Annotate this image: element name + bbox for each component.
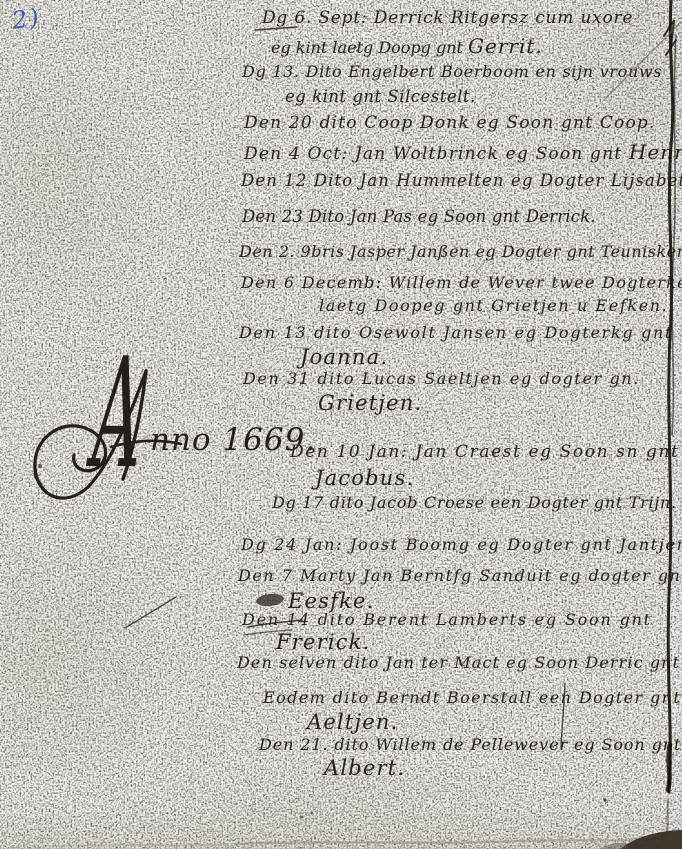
baptism-entry-line: Den 10 Jan: Jan Craest eg Soon sn gnt: [290, 444, 679, 461]
baptism-entry-line: Dg 17 dito Jacob Croese een Dogter gnt T…: [272, 495, 677, 511]
child-name-line: Frerick.: [276, 632, 371, 653]
child-name: Henric: [629, 140, 682, 164]
baptism-entry-line: Den 23 Dito Jan Pas eg Soon gnt Derrick.: [242, 209, 596, 226]
corner-ink-blot: [600, 843, 626, 849]
scanned-register-page: 2) Dg 6. Sept: Derrick Ritgersz cum uxor…: [0, 0, 682, 849]
ink-blot: [255, 593, 284, 608]
page-number-mark: 2): [10, 3, 42, 35]
baptism-entry-line: Den 13 dito Osewolt Jansen eg Dogterkg g…: [239, 325, 673, 341]
baptism-entry-line: laetg Doopeg gnt Grietjen u Eefken.: [319, 298, 668, 314]
corner-ink-blot: [620, 830, 682, 849]
baptism-entry-line: Den 20 dito Coop Donk eg Soon gnt Coop.: [244, 115, 656, 132]
bottom-smudge: [60, 845, 225, 846]
child-name-line: Joanna.: [300, 347, 388, 368]
baptism-entry-line: eg kint gnt Silcestelt.: [285, 89, 476, 106]
spine-top-hook: [664, 20, 676, 55]
paper-shading: [0, 520, 180, 800]
baptism-entry-line: Dg 13. Dito Engelbert Boerboom en sijn v…: [242, 64, 662, 80]
ink-dot: [311, 812, 313, 814]
spine-tail: [666, 800, 668, 836]
pen-slash: [125, 597, 176, 628]
crease-line: [604, 22, 681, 100]
child-name-line: Grietjen.: [318, 393, 422, 414]
baptism-entry-line: Den 12 Dito Jan Hummelten eg Dogter Lijs…: [241, 173, 682, 190]
baptism-entry-line: Den 31 dito Lucas Saeltjen eg dogter gn.: [243, 371, 640, 387]
ink-dot: [38, 464, 42, 468]
entry-text: Den 4 Oct: Jan Woltbrinck eg Soon gnt: [244, 144, 629, 164]
baptism-entry-line: Dg 6. Sept: Derrick Ritgersz cum uxore: [262, 10, 633, 27]
baptism-entry-line: Den 4 Oct: Jan Woltbrinck eg Soon gnt He…: [244, 142, 682, 163]
baptism-entry-line: eg kint laetg Doopg gnt Gerrit.: [271, 36, 543, 56]
year-heading-initial: A: [90, 338, 147, 490]
scan-bottom-edge-shading: [0, 806, 682, 849]
baptism-entry-line: Dg 24 Jan: Joost Boomg eg Dogter gnt Jan…: [241, 537, 682, 553]
baptism-entry-line: Den selven dito Jan ter Mact eg Soon Der…: [237, 655, 680, 671]
paper-shading: [0, 40, 160, 320]
child-name-line: Albert.: [324, 758, 405, 779]
child-name-line: Jacobus.: [315, 468, 414, 489]
child-name-line: Aeltjen.: [307, 712, 399, 733]
baptism-entry-line: Den 6 Decemb: Willem de Wever twee Dogte…: [241, 275, 682, 291]
bottom-smudge: [235, 839, 655, 844]
book-spine-edge: [668, 0, 672, 792]
baptism-entry-line: Den 7 Marty Jan Berntfg Sanduit eg dogte…: [238, 568, 682, 584]
ink-dot: [301, 816, 304, 819]
child-name: Gerrit.: [468, 34, 543, 58]
book-spine-edge-secondary: [672, 35, 676, 435]
child-name-line: Eesfke.: [288, 591, 375, 612]
baptism-entry-line: Den 14 dito Berent Lamberts eg Soon gnt: [242, 612, 652, 628]
baptism-entry-line: Den 21. dito Willem de Pellewever eg Soo…: [259, 737, 681, 753]
baptism-entry-line: Den 2. 9bris Jasper Janßen eg Dogter gnt…: [239, 244, 682, 260]
ink-dot: [603, 798, 606, 801]
baptism-entry-line: Eodem dito Berndt Boerstall een Dogter g…: [263, 690, 681, 706]
entry-text: eg kint laetg Doopg gnt: [271, 38, 468, 57]
